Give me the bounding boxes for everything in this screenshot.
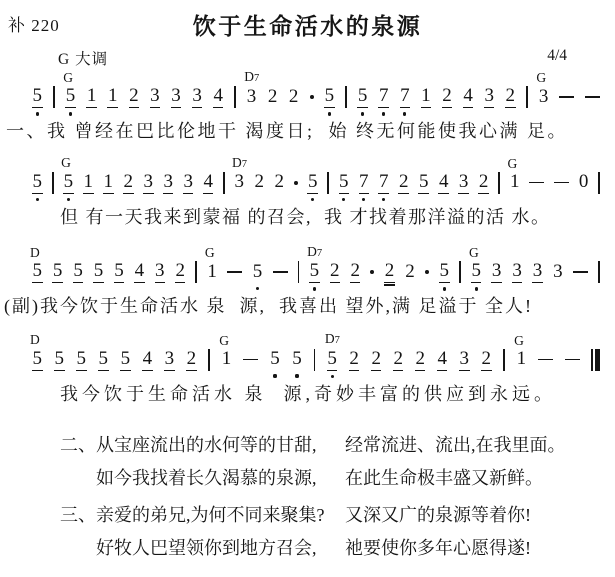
duration-dash <box>227 271 242 273</box>
notation-section: 55G11233343D7225577124323G一、我 曾经在巴比伦地干 渴… <box>0 70 615 405</box>
note-digit: 4 <box>213 86 224 108</box>
low-octave-dot <box>382 198 385 201</box>
note-digit: 5 <box>114 261 125 283</box>
note-digit: 2 <box>129 86 140 108</box>
note: 1G <box>516 349 527 370</box>
note-digit: 3 <box>459 349 470 371</box>
note-digit: 5 <box>309 261 320 283</box>
note: 5 <box>357 86 368 108</box>
note-digit: 3 <box>143 172 154 194</box>
note: 3 <box>484 86 495 108</box>
augmentation-dot <box>370 270 374 274</box>
chord-label: G <box>63 71 73 85</box>
hymn-number: 补 220 <box>8 11 60 36</box>
note-digit: 2 <box>330 261 341 283</box>
note-digit: 1 <box>221 349 232 370</box>
note: 2 <box>505 86 516 108</box>
augmentation-dot <box>310 95 314 99</box>
note: 5D <box>32 349 43 371</box>
chord-number: 7 <box>317 248 322 259</box>
note-digit: 5 <box>32 172 43 194</box>
rest-note: 0 <box>578 172 589 193</box>
low-octave-dot <box>69 112 72 115</box>
note-digit: 2 <box>274 172 285 193</box>
note: 2 <box>478 172 489 194</box>
barline <box>498 172 500 194</box>
note-digit: 5 <box>32 349 43 371</box>
note-digit: 2 <box>254 172 265 193</box>
notation-line-2: 55G11233343D7225577254321G0 <box>32 156 600 195</box>
note: 7 <box>359 172 370 194</box>
note-digit: 7 <box>378 86 389 108</box>
note-digit: 5 <box>292 349 303 370</box>
note: 2 <box>274 172 285 193</box>
note: 3D7 <box>234 172 245 193</box>
note-digit: 2 <box>123 172 134 194</box>
time-signature: 4/4 <box>547 47 567 65</box>
note: 2 <box>267 87 278 108</box>
note: 1 <box>107 86 118 108</box>
lyrics-line-3: (副)我今饮于生命活水 泉 源, 我喜出 望外,满 足溢于 全人! <box>4 295 615 318</box>
note: 2 <box>330 261 341 283</box>
note: 5G <box>471 261 482 283</box>
note-digit: 1 <box>83 172 94 194</box>
barline <box>526 86 528 108</box>
note-digit: 4 <box>142 349 153 371</box>
note-digit: 3 <box>163 172 174 194</box>
note: 4 <box>134 261 145 283</box>
note: 5 <box>292 349 303 370</box>
note-digit: 4 <box>463 86 474 108</box>
note-digit: 3 <box>532 261 543 283</box>
note: 3G <box>538 87 549 108</box>
verse-left-column: 三、亲爱的弟兄,为何不同来聚集? <box>60 505 345 527</box>
barline <box>195 261 197 283</box>
chord-label: G <box>205 246 215 260</box>
note-digit: 7 <box>400 86 411 108</box>
note-digit: 3 <box>246 87 257 108</box>
low-octave-dot <box>36 198 39 201</box>
chord-label: G <box>514 334 524 348</box>
note: 5 <box>439 261 450 283</box>
chord-number: 7 <box>335 335 340 346</box>
note-digit: 2 <box>267 87 278 108</box>
note-digit: 5 <box>252 262 263 283</box>
low-octave-dot <box>403 112 406 115</box>
note-digit: 3 <box>538 87 549 108</box>
note-digit: 5 <box>357 86 368 108</box>
note: 5 <box>114 261 125 283</box>
notation-line-4: 5D55554321G555D722224321G <box>32 333 600 372</box>
note-digit: 1 <box>421 86 432 108</box>
chord-label: G <box>61 156 71 170</box>
note: 4 <box>437 349 448 371</box>
low-octave-dot <box>36 112 39 115</box>
notation-line-3: 5D55554321G55D7222255G3333 <box>32 245 600 284</box>
note: 5 <box>120 349 131 371</box>
note: 1 <box>103 172 114 194</box>
note-digit: 5 <box>73 261 84 283</box>
note: 2 <box>254 172 265 193</box>
verse-left-column: 如今我找着长久渴慕的泉源, <box>60 468 345 490</box>
note-digit: 2 <box>349 349 360 371</box>
song-title: 饮于生命活水的泉源 <box>0 8 615 41</box>
note-digit: 1 <box>509 172 520 193</box>
note-digit: 1 <box>103 172 114 194</box>
verse-stanza-2: 二、从宝座流出的水何等的甘甜,经常流进、流出,在我里面。如今我找着长久渴慕的泉源… <box>60 435 615 489</box>
note: 5G <box>63 172 74 194</box>
lyrics-line-4: 我今饮于生命活水 泉 源,奇妙丰富的供应到永远。 <box>60 383 615 406</box>
note: 5 <box>52 261 63 283</box>
low-octave-dot <box>311 198 314 201</box>
note-digit: 2 <box>398 172 409 194</box>
note: 7 <box>378 172 389 194</box>
duration-dash <box>273 271 288 273</box>
low-octave-dot <box>342 198 345 201</box>
note-digit: 1 <box>516 349 527 370</box>
barline <box>503 349 505 371</box>
duration-dash <box>559 96 574 98</box>
note: 3 <box>183 172 194 194</box>
chord-label: G <box>536 71 546 85</box>
note: 4 <box>203 172 214 194</box>
barline <box>298 261 300 283</box>
note: 5 <box>54 349 65 371</box>
barline <box>208 349 210 371</box>
note-digit: 5 <box>327 349 338 371</box>
note-digit: 5 <box>76 349 87 371</box>
note-digit: 2 <box>393 349 404 371</box>
note: 2 <box>349 349 360 371</box>
note: 5 <box>418 172 429 194</box>
note: 5D <box>32 261 43 283</box>
note: 4 <box>213 86 224 108</box>
note: 5G <box>65 86 76 108</box>
verse-row: 好牧人巴望领你到地方召会,祂要使你多年心愿得遂! <box>60 538 615 560</box>
note-digit: 5 <box>120 349 131 371</box>
note-digit: 7 <box>378 172 389 194</box>
note: 2 <box>288 87 299 108</box>
note-digit: 5 <box>52 261 63 283</box>
note-digit: 5 <box>471 261 482 283</box>
note: 5 <box>32 172 43 194</box>
note: 1 <box>421 86 432 108</box>
note: 2 <box>384 261 395 283</box>
note-digit: 1 <box>107 86 118 108</box>
duration-dash <box>573 271 588 273</box>
note: 3 <box>192 86 203 108</box>
note-digit: 4 <box>437 349 448 371</box>
note-digit: 1 <box>207 262 218 283</box>
note-digit: 3 <box>553 262 564 283</box>
note-digit: 5 <box>63 172 74 194</box>
low-octave-dot <box>361 112 364 115</box>
chord-label: D7 <box>244 70 259 85</box>
note: 2 <box>129 86 140 108</box>
verse-right-column: 在此生命极丰盛又新鲜。 <box>345 468 543 490</box>
note: 3 <box>532 261 543 283</box>
note: 3 <box>150 86 161 108</box>
note: 3 <box>553 262 564 283</box>
low-octave-dot <box>443 287 446 290</box>
note: 3 <box>143 172 154 194</box>
note-digit: 2 <box>505 86 516 108</box>
barline <box>52 172 54 194</box>
low-octave-dot <box>362 198 365 201</box>
note: 3 <box>458 172 469 194</box>
note: 7 <box>400 86 411 108</box>
note: 5 <box>73 261 84 283</box>
chord-number: 7 <box>242 159 247 170</box>
verse-row: 如今我找着长久渴慕的泉源,在此生命极丰盛又新鲜。 <box>60 468 615 490</box>
note-digit: 3 <box>155 261 166 283</box>
verse-row: 三、亲爱的弟兄,为何不同来聚集?又深又广的泉源等着你! <box>60 505 615 527</box>
verse-row: 二、从宝座流出的水何等的甘甜,经常流进、流出,在我里面。 <box>60 435 615 457</box>
low-octave-dot <box>328 112 331 115</box>
note: 5 <box>324 86 335 108</box>
note: 4 <box>438 172 449 194</box>
note-digit: 5 <box>324 86 335 108</box>
note: 5 <box>32 86 43 108</box>
note-digit: 5 <box>439 261 450 283</box>
note-digit: 3 <box>192 86 203 108</box>
note: 5 <box>93 261 104 283</box>
note: 5D7 <box>327 349 338 371</box>
note-digit: 3 <box>491 261 502 283</box>
note: 1G <box>221 349 232 370</box>
low-octave-dot <box>331 375 334 378</box>
chord-label: G <box>219 334 229 348</box>
key-time-row: G 大调 4/4 <box>0 47 615 67</box>
note: 3 <box>491 261 502 283</box>
note-digit: 2 <box>350 261 361 283</box>
note-digit: 4 <box>203 172 214 194</box>
augmentation-dot <box>425 270 429 274</box>
note-digit: 5 <box>270 349 281 370</box>
note-digit: 2 <box>288 87 299 108</box>
note: 3 <box>512 261 523 283</box>
note-digit: 3 <box>484 86 495 108</box>
barline <box>345 86 347 108</box>
note-digit: 2 <box>405 262 416 283</box>
note: 5 <box>270 349 281 370</box>
duration-dash <box>554 182 569 184</box>
note: 1 <box>86 86 97 108</box>
note-digit: 2 <box>442 86 453 108</box>
note-digit: 1 <box>86 86 97 108</box>
note: 2 <box>123 172 134 194</box>
note-digit: 3 <box>458 172 469 194</box>
note-digit: 5 <box>32 86 43 108</box>
note-digit: 5 <box>339 172 350 194</box>
note: 5 <box>307 172 318 194</box>
duration-dash <box>243 359 258 361</box>
verse-right-column: 经常流进、流出,在我里面。 <box>345 435 566 457</box>
note: 2 <box>405 262 416 283</box>
chord-number: 7 <box>254 73 259 84</box>
note-digit: 7 <box>359 172 370 194</box>
note: 2 <box>481 349 492 371</box>
note-digit: 5 <box>93 261 104 283</box>
note-digit: 5 <box>418 172 429 194</box>
note: 5 <box>76 349 87 371</box>
barline <box>598 172 600 194</box>
barline <box>598 261 600 283</box>
barline <box>314 349 316 371</box>
chord-label: D7 <box>232 156 247 171</box>
note-digit: 3 <box>512 261 523 283</box>
note-digit: 5 <box>65 86 76 108</box>
note: 3 <box>163 172 174 194</box>
note-digit: 5 <box>32 261 43 283</box>
note: 3D7 <box>246 87 257 108</box>
note-digit: 2 <box>481 349 492 371</box>
verse-stanza-3: 三、亲爱的弟兄,为何不同来聚集?又深又广的泉源等着你!好牧人巴望领你到地方召会,… <box>60 505 615 559</box>
low-octave-dot <box>273 374 276 377</box>
note-digit: 4 <box>438 172 449 194</box>
note-digit: 3 <box>234 172 245 193</box>
low-octave-dot <box>382 112 385 115</box>
note-digit: 2 <box>175 261 186 283</box>
barline <box>223 172 225 194</box>
note-digit: 5 <box>98 349 109 371</box>
barline <box>327 172 329 194</box>
lyrics-line-2: 但 有一天我来到蒙福 的召会, 我 才找着那洋溢的活 水。 <box>60 206 615 229</box>
note: 2 <box>442 86 453 108</box>
chord-label: D7 <box>325 332 340 347</box>
note: 2 <box>186 349 197 371</box>
low-octave-dot <box>67 198 70 201</box>
header-row: 补 220 饮于生命活水的泉源 <box>0 8 615 38</box>
note: 2 <box>393 349 404 371</box>
chord-label: G <box>507 157 517 171</box>
note: 1 <box>83 172 94 194</box>
note: 5D7 <box>309 261 320 283</box>
note-digit: 2 <box>384 261 395 283</box>
note: 4 <box>463 86 474 108</box>
chord-label: D <box>30 333 40 347</box>
note-digit: 5 <box>54 349 65 371</box>
note: 3 <box>171 86 182 108</box>
note-digit: 2 <box>415 349 426 371</box>
notation-line-1: 55G11233343D7225577124323G <box>32 70 600 109</box>
barline <box>459 261 461 283</box>
duration-dash <box>538 359 553 361</box>
note: 2 <box>398 172 409 194</box>
note-digit: 3 <box>164 349 175 371</box>
verse-right-column: 又深又广的泉源等着你! <box>345 505 531 527</box>
note: 2 <box>415 349 426 371</box>
note: 5 <box>252 262 263 283</box>
verses-section: 二、从宝座流出的水何等的甘甜,经常流进、流出,在我里面。如今我找着长久渴慕的泉源… <box>60 435 615 559</box>
key-signature: G 大调 <box>58 47 108 69</box>
note: 1G <box>207 262 218 283</box>
end-barline <box>591 349 600 371</box>
augmentation-dot <box>294 181 298 185</box>
note: 1G <box>509 172 520 193</box>
low-octave-dot <box>256 287 259 290</box>
note-digit: 5 <box>307 172 318 194</box>
note: 5 <box>98 349 109 371</box>
note: 2 <box>371 349 382 371</box>
note-digit: 0 <box>578 172 589 193</box>
note-digit: 3 <box>150 86 161 108</box>
note-digit: 3 <box>171 86 182 108</box>
note-digit: 4 <box>134 261 145 283</box>
chord-label: D7 <box>307 245 322 260</box>
low-octave-dot <box>475 287 478 290</box>
verse-left-column: 二、从宝座流出的水何等的甘甜, <box>60 435 345 457</box>
hymn-sheet-page: 补 220 饮于生命活水的泉源 G 大调 4/4 55G11233343D722… <box>0 0 615 577</box>
note: 5 <box>339 172 350 194</box>
low-octave-dot <box>313 287 316 290</box>
note-digit: 2 <box>478 172 489 194</box>
note: 3 <box>164 349 175 371</box>
note: 2 <box>175 261 186 283</box>
note: 2 <box>350 261 361 283</box>
verse-left-column: 好牧人巴望领你到地方召会, <box>60 538 345 560</box>
chord-label: G <box>469 246 479 260</box>
note: 4 <box>142 349 153 371</box>
verse-right-column: 祂要使你多年心愿得遂! <box>345 538 531 560</box>
barline <box>234 86 236 108</box>
duration-dash <box>585 96 600 98</box>
note: 3 <box>155 261 166 283</box>
note-digit: 3 <box>183 172 194 194</box>
duration-dash <box>529 182 544 184</box>
low-octave-dot <box>295 374 298 377</box>
note: 7 <box>378 86 389 108</box>
note-digit: 2 <box>371 349 382 371</box>
barline <box>53 86 55 108</box>
duration-dash <box>565 359 580 361</box>
note-digit: 2 <box>186 349 197 371</box>
lyrics-line-1: 一、我 曾经在巴比伦地干 渴度日; 始 终无何能使我心满 足。 <box>6 120 615 143</box>
note: 3 <box>459 349 470 371</box>
chord-label: D <box>30 246 40 260</box>
